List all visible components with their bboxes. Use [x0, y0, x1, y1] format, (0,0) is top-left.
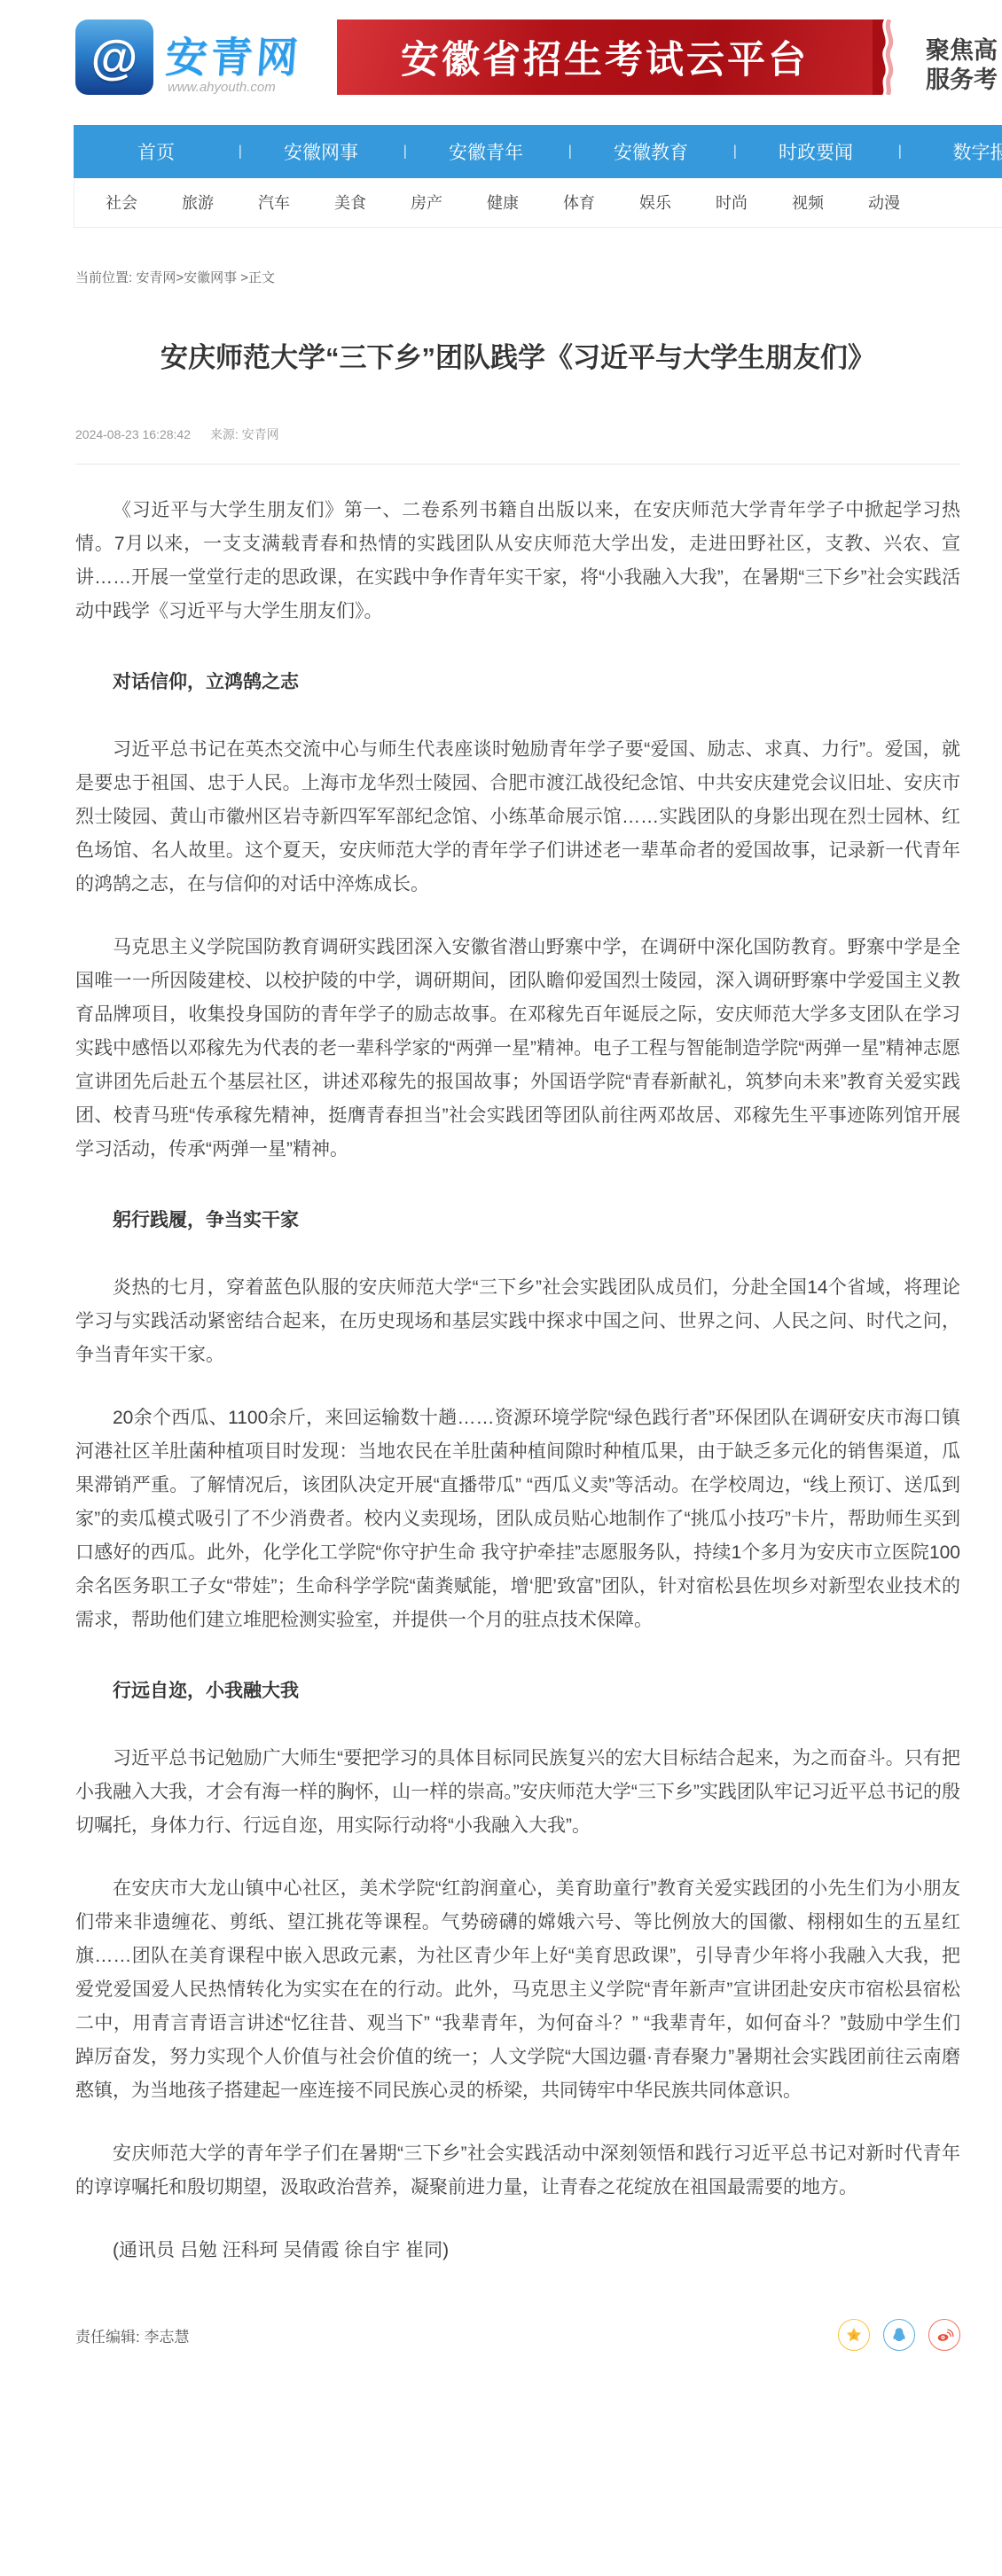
- article-subheading: 躬行践履，争当实干家: [75, 1204, 960, 1237]
- main-nav-item[interactable]: 数字报: [898, 138, 1002, 165]
- main-nav: 首页 安徽网事 安徽青年 安徽教育 时政要闻 数字报: [74, 125, 1002, 178]
- article: 安庆师范大学“三下乡”团队践学《习近平与大学生朋友们》 2024-08-23 1…: [75, 334, 960, 2268]
- article-paragraph: 《习近平与大学生朋友们》第一、二卷系列书籍自出版以来，在安庆师范大学青年学子中掀…: [75, 494, 960, 628]
- svg-text:z: z: [852, 2331, 856, 2339]
- sub-nav-item[interactable]: 健康: [487, 191, 563, 214]
- qzone-icon: z: [844, 2325, 864, 2345]
- publish-time: 2024-08-23 16:28:42: [75, 427, 191, 441]
- qzone-share-button[interactable]: z: [838, 2319, 870, 2351]
- article-paragraph: 在安庆市大龙山镇中心社区，美术学院“红韵润童心，美育助童行”教育关爱实践团的小先…: [75, 1872, 960, 2108]
- banner-slogan: 聚焦高 服务考: [926, 20, 998, 95]
- site-name: 安青网: [164, 25, 304, 84]
- qq-icon: [889, 2325, 909, 2345]
- page-footer: 责任编辑: 李志慧 z: [75, 2319, 960, 2351]
- weibo-icon: [935, 2325, 954, 2345]
- sub-nav-item[interactable]: 体育: [563, 191, 639, 214]
- sub-nav-item[interactable]: 娱乐: [639, 191, 716, 214]
- sub-nav-item[interactable]: 美食: [334, 191, 411, 214]
- article-paragraph: 安庆师范大学的青年学子们在暑期“三下乡”社会实践活动中深刻领悟和践行习近平总书记…: [75, 2137, 960, 2205]
- sub-nav-item[interactable]: 房产: [411, 191, 487, 214]
- site-logo[interactable]: 安青网 www.ahyouth.com: [166, 20, 315, 95]
- main-nav-item[interactable]: 安徽教育: [568, 138, 733, 165]
- article-subheading: 对话信仰，立鸿鹄之志: [75, 666, 960, 699]
- article-paragraph: 习近平总书记勉励广大师生“要把学习的具体目标同民族复兴的宏大目标结合起来，为之而…: [75, 1742, 960, 1843]
- article-subheading: 行远自迩，小我融大我: [75, 1674, 960, 1708]
- weibo-share-button[interactable]: [928, 2319, 960, 2351]
- main-nav-item[interactable]: 首页: [74, 138, 239, 165]
- article-paragraph: 马克思主义学院国防教育调研实践团深入安徽省潜山野寨中学，在调研中深化国防教育。野…: [75, 931, 960, 1167]
- article-source: 来源: 安青网: [210, 427, 279, 441]
- share-bar: z: [838, 2319, 960, 2351]
- site-logo-icon[interactable]: @: [75, 20, 153, 95]
- sub-nav-item[interactable]: 动漫: [868, 191, 944, 214]
- main-nav-item[interactable]: 安徽网事: [239, 138, 403, 165]
- sub-nav-item[interactable]: 视频: [792, 191, 868, 214]
- sub-nav-item[interactable]: 社会: [106, 191, 182, 214]
- breadcrumb: 当前位置: 安青网>安徽网事 >正文: [75, 268, 1002, 286]
- sub-nav-item[interactable]: 汽车: [258, 191, 334, 214]
- breadcrumb-label: 当前位置:: [75, 270, 132, 285]
- site-header: @ 安青网 www.ahyouth.com 安徽省招生考试云平台 聚焦高 服务考: [74, 0, 1002, 95]
- article-title: 安庆师范大学“三下乡”团队践学《习近平与大学生朋友们》: [92, 334, 943, 381]
- article-paragraph: (通讯员 吕勉 汪科珂 吴倩霞 徐自宇 崔同): [75, 2234, 960, 2268]
- breadcrumb-path[interactable]: 安青网>安徽网事 >正文: [136, 270, 275, 285]
- banner-wave-decoration: [873, 20, 897, 95]
- responsible-editor: 责任编辑: 李志慧: [75, 2324, 189, 2346]
- article-paragraph: 炎热的七月，穿着蓝色队服的安庆师范大学“三下乡”社会实践团队成员们，分赴全国14…: [75, 1271, 960, 1372]
- qq-share-button[interactable]: [883, 2319, 915, 2351]
- article-meta: 2024-08-23 16:28:42 来源: 安青网: [75, 425, 960, 464]
- article-paragraph: 20余个西瓜、1100余斤，来回运输数十趟……资源环境学院“绿色践行者”环保团队…: [75, 1401, 960, 1637]
- site-url: www.ahyouth.com: [168, 80, 276, 95]
- slogan-line-1: 聚焦高: [926, 36, 998, 66]
- sub-nav-item[interactable]: 时尚: [716, 191, 792, 214]
- sub-nav: 社会 旅游 汽车 美食 房产 健康 体育 娱乐 时尚 视频 动漫: [74, 178, 1002, 228]
- sub-nav-item[interactable]: 旅游: [182, 191, 258, 214]
- main-nav-item[interactable]: 安徽青年: [403, 138, 568, 165]
- banner-text: 安徽省招生考试云平台: [337, 20, 873, 95]
- article-paragraph: 习近平总书记在英杰交流中心与师生代表座谈时勉励青年学子要“爱国、励志、求真、力行…: [75, 733, 960, 902]
- exam-platform-banner[interactable]: 安徽省招生考试云平台: [337, 20, 897, 95]
- article-body: 《习近平与大学生朋友们》第一、二卷系列书籍自出版以来，在安庆师范大学青年学子中掀…: [75, 494, 960, 2268]
- main-nav-item[interactable]: 时政要闻: [733, 138, 898, 165]
- at-symbol-icon: @: [91, 30, 138, 85]
- slogan-line-2: 服务考: [926, 66, 998, 95]
